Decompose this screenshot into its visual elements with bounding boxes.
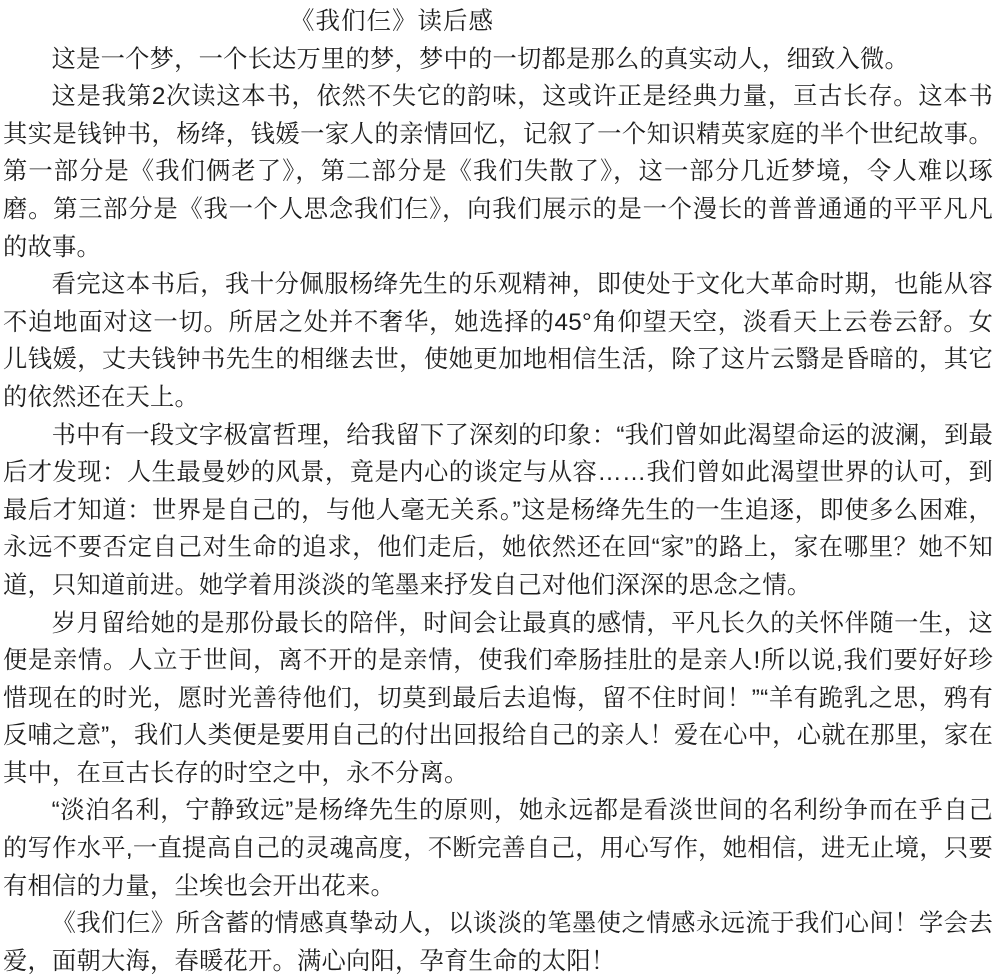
essay-paragraph-3: 看完这本书后，我十分佩服杨绛先生的乐观精神，即使处于文化大革命时期，也能从容不迫… <box>3 266 993 416</box>
essay-page: 《我们仨》读后感 这是一个梦，一个长达万里的梦，梦中的一切都是那么的真实动人，细… <box>0 0 996 980</box>
essay-paragraph-6: “淡泊名利，宁静致远”是杨绛先生的原则，她永远都是看淡世间的名利纷争而在乎自己的… <box>3 792 993 905</box>
essay-paragraph-4: 书中有一段文字极富哲理，给我留下了深刻的印象：“我们曾如此渴望命运的波澜，到最后… <box>3 417 993 605</box>
essay-title: 《我们仨》读后感 <box>3 3 781 41</box>
essay-paragraph-2: 这是我第2次读这本书，依然不失它的韵味，这或许正是经典力量，亘古长存。这本书其实… <box>3 78 993 266</box>
essay-paragraph-5: 岁月留给她的是那份最长的陪伴，时间会让最真的感情，平凡长久的关怀伴随一生，这便是… <box>3 605 993 793</box>
essay-paragraph-1: 这是一个梦，一个长达万里的梦，梦中的一切都是那么的真实动人，细致入微。 <box>3 41 993 79</box>
essay-paragraph-7: 《我们仨》所含蓄的情感真挚动人，以谈淡的笔墨使之情感永远流于我们心间！学会去爱，… <box>3 905 993 980</box>
